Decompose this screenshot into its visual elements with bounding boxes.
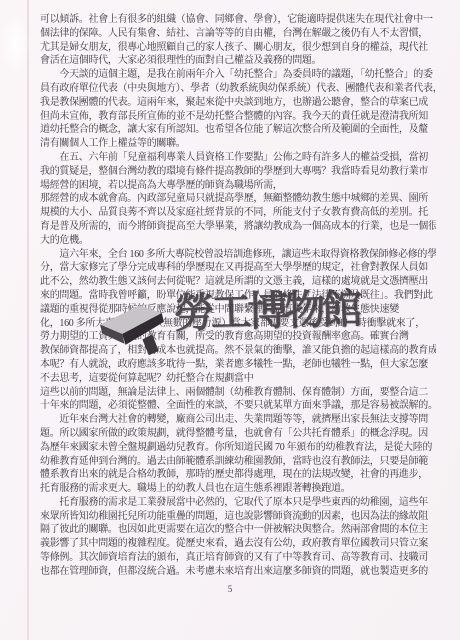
text-line: 近年來台灣大社會的轉變，廠商公司出走、失業問題等等，就擠壓出家長無法支撐等問 — [40, 413, 436, 427]
text-line: 隔了彼此的關聯。也因如此更需要在這次的整合中一併被解決與整合。然兩部會間的本位主 — [40, 523, 436, 537]
text-line: 托育服務的需求是工業發展當中必然的，它取代了原本只是學些東西的幼稚園，這些年 — [40, 496, 436, 510]
text-line: 化，160 多所大專院校成了（無數的壓力源）當大家都需要文憑後受到的一時衝擊就來… — [40, 317, 436, 331]
text-line: 托育服務的需求更大。職場上的幼教人員也在這生態系裡跟著轉換跑道。 — [40, 482, 436, 496]
text-line: 在五、六年前「兒童福利專業人員資格工作要點」公佈之時有許多人的權益受損，當初 — [40, 151, 436, 165]
text-line: 來眾所皆知幼稚園托兒所功能重疊的問題，這也說影響師資流動的因素，也因為法的緣故阻 — [40, 510, 436, 524]
text-line: 個法律的保障。人民有集會、結社、言論等等的自由權，台灣在解嚴之後仍有人不太習慣， — [40, 27, 436, 41]
text-line: 體系教育出來的就是合格幼教師，那時的歷史都得處理，現在的法規改變，社會的再進步， — [40, 468, 436, 482]
text-line: 本呢？有人就說，政府應該多耽待一點，業者應多犧牲一點，老師也犧牲一點，但大家怎麼 — [40, 358, 436, 372]
text-line: 道幼托整合的概念，讓大家有所認知。也希望各位能了解這次整合所及範圍的全面性，及釐 — [40, 123, 436, 137]
document-text: 可以傾訴。社會上有很多的組織（協會、同鄉會、學會），它能適時提供迷失在現代社會中… — [40, 13, 436, 579]
text-line: 但尚未宣佈，教育部長所宣佈的並不是幼托整合整體的內容。我今天的責任就是澄清我所知 — [40, 110, 436, 124]
text-line: 議題的重視得從那時候的反應說起，能從中間聯繫裡看見這幾年來，幼教生態快速變 — [40, 303, 436, 317]
scan-smudge — [0, 14, 30, 74]
text-line: 也都在管理師資，但都沒統合過。未考慮未來培育出來這麼多師資的問題，就也製造更多的 — [40, 565, 436, 579]
text-line: 清有關個人工作上權益等的關聯。 — [40, 137, 436, 151]
text-line: 尤其是婦女朋友，很專心地照顧自己的家人孩子、關心朋友，很少想到自身的權益，現代社 — [40, 41, 436, 55]
text-line: 大的危機。 — [40, 234, 436, 248]
text-line: 幼稚教育延伸到台灣的。過去由師範體系訓練幼稚園教師，當時也沒有教師法，只要是師範 — [40, 455, 436, 469]
page-number: 5 — [218, 584, 242, 594]
text-line: 不去思考，這要從何算起呢？幼托整合在規劃當中 — [40, 372, 436, 386]
text-line: 育是普及所需的，而今將師資提高至大學畢業，將讓幼教成為一個高成本的行業，也是一個… — [40, 220, 436, 234]
text-line: 場經營的困境，若以提高為大專學歷的師資為職場所需， — [40, 179, 436, 193]
text-line: 這六年來，全台 160 多所大專院校曾設培訓進修班，讓這些未取得資格教保師修必修… — [40, 248, 436, 262]
text-line: 分，當大家修完了學分完成專科的學歷現在又再提高至大學學歷的規定，社會對教保人員如 — [40, 261, 436, 275]
text-line: 今天談的這個主題，是我在前兩年介入「幼托整合」為委員時的議題，「幼托整合」的委 — [40, 68, 436, 82]
text-line: 為歷年來國家未曾全盤規劃過幼兒教育。你所知道民國 70 年頒布的幼稚教育法，是從… — [40, 441, 436, 455]
text-line: 我的質疑是，整個台灣幼教的環境有條件提高教師的學歷到大專嗎？我當時看見幼教行業市 — [40, 165, 436, 179]
text-line: 勞力期望的工資與所受的教育有關，所受的教育愈高期望的投資報酬率愈高。確實台灣 — [40, 330, 436, 344]
text-line: 那經營的成本就會高。內政部兒童局只就提高學歷，無顧整體幼教生態中城鄉的差異、園所 — [40, 192, 436, 206]
text-line: 義影響了其中問題的複雜程度。從歷史來看，過去沒有公幼，政府教育單位國教司只管立案 — [40, 537, 436, 551]
text-line: 規模的大小、品質良莠不齊以及家庭社經背景的不同，所能支付子女教育費高低的差別。托 — [40, 206, 436, 220]
text-line: 教保師資都提高了，相對的成本也就提高。然不景氣的衝擊，誰又能負擔的起這樣高的教育… — [40, 344, 436, 358]
text-line: 這些以前的問題，無論是法律上、兩個體制（幼稚教育體制、保育體制）方面，要整合這二 — [40, 386, 436, 400]
text-line: 來的問題。當時我曾呼籲，盼單位能重視教保工作人員的條件「法律不溯及既往」。我們對… — [40, 289, 436, 303]
text-line: 等條例。其次師資培育法的頒布，真正培育師資的又有了中等教育司、高等教育司、技職司 — [40, 551, 436, 565]
text-line: 十年來的問題，必須從整體、全面性的來談，不要只就某單方面來爭議，那是容易被誤解的… — [40, 399, 436, 413]
text-line: 我是教保團體的代表。這兩年來，聚起來從中央談到地方，也辦過公聽會，整合的草案已成 — [40, 96, 436, 110]
text-line: 員有政府單位代表（中央與地方）、學者（幼教系統與幼保系統）代表、團體代表和業者代… — [40, 82, 436, 96]
text-line: 可以傾訴。社會上有很多的組織（協會、同鄉會、學會），它能適時提供迷失在現代社會中… — [40, 13, 436, 27]
scanned-document-page: 可以傾訴。社會上有很多的組織（協會、同鄉會、學會），它能適時提供迷失在現代社會中… — [0, 0, 460, 640]
scan-edge-line — [27, 0, 29, 640]
text-line: 此不公，然幼教生態又該何去何從呢？這就是所謂的文憑主義，這樣的處境就是文憑擠壓出 — [40, 275, 436, 289]
text-line: 會活在這個時代，大家必須很理性的面對自己權益及義務的問題。 — [40, 54, 436, 68]
text-line: 題。所以國家所做的政策規劃，就得整體考量，也就會有「公共托育體系」的概念浮現。因 — [40, 427, 436, 441]
